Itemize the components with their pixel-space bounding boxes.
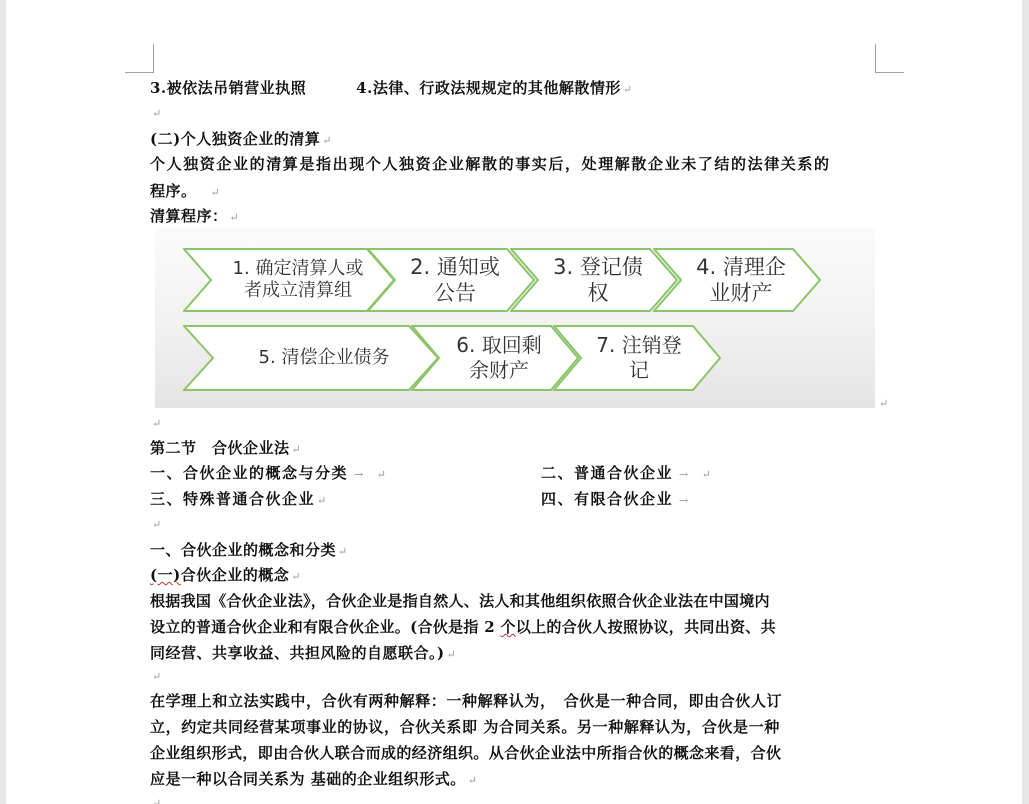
procedure-step-1: 1. 确定清算人或者成立清算组	[183, 248, 395, 312]
procedure-step-4: 4. 清理企业财产	[653, 248, 821, 312]
toc-item-2: 二、普通合伙企业	[541, 464, 673, 482]
procedure-step-7: 7. 注销登记	[553, 325, 721, 391]
paragraph-mark-icon: ↵	[152, 518, 162, 531]
step-label: 者成立清算组	[244, 280, 352, 301]
paragraph-mark-icon: ↵	[291, 570, 301, 583]
sole-liquidation-definition-line-2: 程序。↵	[150, 180, 220, 201]
label-text: 清算程序：	[150, 207, 228, 225]
paragraph-mark-icon: ↵	[152, 417, 162, 430]
concept-paragraph-line-3: 同经营、共享收益、共担风险的自愿联合。)↵	[150, 642, 456, 663]
theory-paragraph-line-4: 应是一种以合同关系为 基础的企业组织形式。↵	[150, 768, 477, 789]
step-label: 1. 确定清算人或	[233, 258, 364, 279]
empty-paragraph: ↵	[150, 666, 162, 684]
paragraph-mark-icon: ↵	[338, 545, 348, 558]
toc-row-2-col-2: 四、有限合伙企业→	[541, 488, 690, 509]
paragraph-text: 程序。	[150, 182, 197, 200]
tab-arrow-icon: →	[679, 494, 690, 507]
concept-classification-heading: 一、合伙企业的概念和分类↵	[150, 539, 348, 560]
empty-paragraph: ↵	[150, 103, 162, 121]
section-title-text: 第二节 合伙企业法	[150, 439, 290, 457]
concept-paragraph-line-1: 根据我国《合伙企业法》，合伙企业是指自然人、法人和其他组织依照合伙企业法在中国境…	[150, 590, 770, 611]
step-label: 业财产	[710, 281, 773, 305]
step-label: 5. 清偿企业债务	[259, 347, 390, 368]
paragraph-text: 同经营、共享收益、共担风险的自愿联合。)	[150, 644, 445, 662]
paragraph-mark-icon: ↵	[152, 797, 162, 804]
dissolution-item-4: 4.法律、行政法规规定的其他解散情形	[356, 79, 621, 97]
dissolution-item-3: 3.被依法吊销营业执照	[150, 79, 306, 97]
empty-paragraph: ↵	[150, 793, 162, 804]
tab-arrow-icon: →	[679, 468, 690, 481]
tab-arrow-icon: →	[354, 468, 365, 481]
sole-liquidation-definition-line-1: 个人独资企业的清算是指出现个人独资企业解散的事实后，处理解散企业未了结的法律关系…	[150, 153, 831, 174]
paragraph-text: 以上的合伙人按照协议，共同出资、共	[516, 618, 776, 636]
paragraph-text: 设立的普通合伙企业和有限合伙企业。(合伙是指 2	[150, 618, 500, 636]
heading-text: (二)个人独资企业的清算	[150, 130, 320, 148]
margin-corner-mark-top-right	[875, 44, 904, 73]
toc-row-1: 一、合伙企业的概念与分类→↵	[150, 462, 387, 483]
margin-corner-mark-top-left	[125, 44, 154, 73]
spelling-flagged-text[interactable]: 个	[500, 618, 515, 636]
paragraph-mark-icon: ↵	[292, 443, 302, 456]
step-label: 3. 登记债	[553, 255, 643, 279]
paragraph-mark-icon: ↵	[377, 468, 388, 481]
paragraph-text: 个人独资企业的清算是指出现个人独资企业解散的事实后，处理解散企业未了结的法律关系…	[150, 155, 831, 173]
paragraph-mark-icon: ↵	[152, 107, 162, 120]
step-label: 记	[629, 358, 649, 382]
dissolution-items-line: 3.被依法吊销营业执照4.法律、行政法规规定的其他解散情形↵	[150, 77, 633, 98]
heading-text: 一、合伙企业的概念和分类	[150, 541, 336, 559]
empty-paragraph: ↵	[150, 514, 162, 532]
toc-item-4: 四、有限合伙企业	[541, 490, 673, 508]
paragraph-mark-icon: ↵	[211, 186, 221, 199]
paragraph-mark-icon: ↵	[623, 83, 633, 96]
theory-paragraph-line-3: 企业组织形式，即由合伙人联合而成的经济组织。从合伙企业法中所指合伙的概念来看，合…	[150, 742, 781, 763]
step-label: 4. 清理企	[696, 255, 786, 279]
toc-item-3: 三、特殊普通合伙企业	[150, 490, 315, 508]
paragraph-mark-icon: ↵	[317, 494, 328, 507]
sole-liquidation-heading: (二)个人独资企业的清算↵	[150, 128, 332, 149]
step-label: 7. 注销登	[596, 333, 681, 357]
heading-text: 合伙企业的概念	[181, 566, 290, 584]
toc-item-1: 一、合伙企业的概念与分类	[150, 464, 348, 482]
section-2-title: 第二节 合伙企业法↵	[150, 437, 301, 458]
paragraph-mark-icon: ↵	[702, 468, 713, 481]
paragraph-mark-icon: ↵	[447, 648, 457, 661]
empty-paragraph: ↵	[150, 413, 162, 431]
step-label: 2. 通知或	[410, 255, 500, 279]
step-label: 余财产	[469, 358, 529, 382]
paragraph-text: 立，约定共同经营某项事业的协议，合伙关系即 为合同关系。另一种解释认为，合伙是一…	[150, 718, 780, 736]
paragraph-mark-icon: ↵	[468, 774, 478, 787]
step-label: 权	[588, 281, 609, 305]
liquidation-procedure-diagram[interactable]: 1. 确定清算人或者成立清算组 2. 通知或公告 3. 登记债权 4. 清理企业…	[155, 228, 875, 408]
spelling-flagged-text[interactable]: (一)	[150, 566, 181, 584]
paragraph-mark-icon: ↵	[322, 134, 332, 147]
concept-paragraph-line-2: 设立的普通合伙企业和有限合伙企业。(合伙是指 2 个以上的合伙人按照协议，共同出…	[150, 616, 776, 637]
procedure-step-5: 5. 清偿企业债务	[183, 325, 439, 391]
theory-paragraph-line-1: 在学理上和立法实践中，合伙有两种解释：一种解释认为， 合伙是一种合同，即由合伙人…	[150, 690, 782, 711]
paragraph-text: 根据我国《合伙企业法》，合伙企业是指自然人、法人和其他组织依照合伙企业法在中国境…	[150, 592, 770, 610]
theory-paragraph-line-2: 立，约定共同经营某项事业的协议，合伙关系即 为合同关系。另一种解释认为，合伙是一…	[150, 716, 780, 737]
paragraph-mark-icon: ↵	[879, 397, 888, 410]
paragraph-text: 企业组织形式，即由合伙人联合而成的经济组织。从合伙企业法中所指合伙的概念来看，合…	[150, 744, 781, 762]
toc-row-1-col-2: 二、普通合伙企业→↵	[541, 462, 712, 483]
step-label: 公告	[434, 281, 476, 305]
concept-heading: (一)合伙企业的概念↵	[150, 564, 301, 585]
toc-row-2: 三、特殊普通合伙企业↵	[150, 488, 328, 509]
paragraph-mark-icon: ↵	[152, 670, 162, 683]
step-label: 6. 取回剩	[456, 333, 541, 357]
paragraph-text: 应是一种以合同关系为 基础的企业组织形式。	[150, 770, 466, 788]
paragraph-text: 在学理上和立法实践中，合伙有两种解释：一种解释认为， 合伙是一种合同，即由合伙人…	[150, 692, 782, 710]
procedure-label: 清算程序：↵	[150, 205, 239, 226]
paragraph-mark-icon: ↵	[230, 211, 240, 224]
